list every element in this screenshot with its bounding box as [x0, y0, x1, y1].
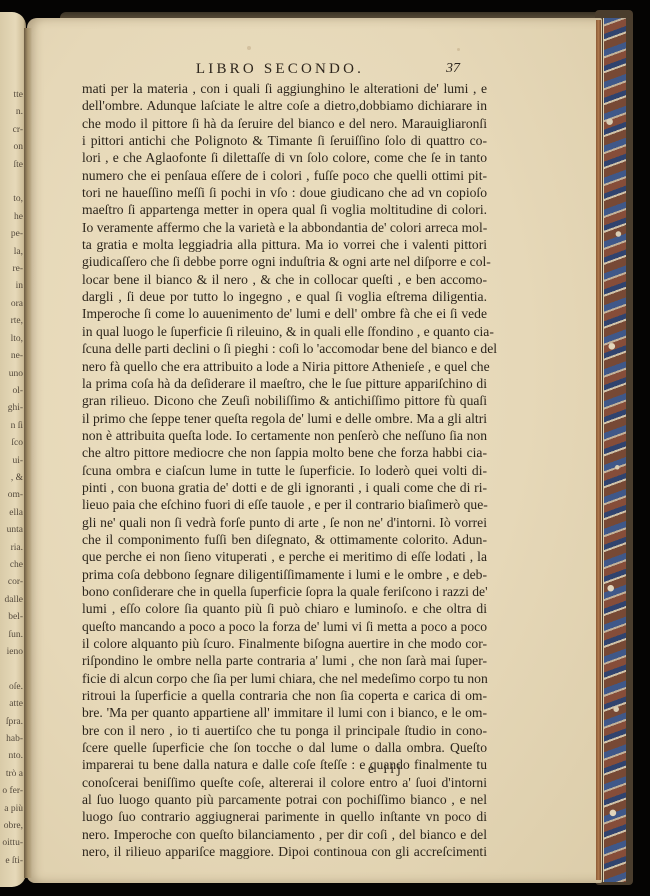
- text-line: mati per la materia , con i quali ſi agg…: [82, 80, 487, 97]
- text-line: bre con il nero , io ti auertiſco che tu…: [82, 722, 487, 739]
- facing-page-fragment: cr-: [0, 122, 23, 139]
- facing-page-left: tten.cr-onſte to,hepe-la,re-inorarte,lto…: [0, 12, 26, 887]
- text-line: i pittori antichi che Polignoto & Timant…: [82, 132, 487, 149]
- text-line: prima coſa debbono ſegnare diligentiſſim…: [82, 566, 487, 583]
- text-line: gran rilieuo. Dicono che Zeuſi nobiliſſi…: [82, 392, 487, 409]
- text-line: dell'ombre. Adunque laſciate le altre co…: [82, 97, 487, 114]
- facing-page-fragment: ui-: [0, 453, 23, 470]
- facing-page-fragment: , &: [0, 470, 23, 487]
- text-line: ſcere quelle ſuperficie che ſon tocche o…: [82, 739, 487, 756]
- facing-page-fragment: atte: [0, 696, 23, 713]
- facing-page-fragment: cor-: [0, 574, 23, 591]
- text-line: maeſtro ſi appartenga metter in opera qu…: [82, 201, 487, 218]
- facing-page-fragment: tte: [0, 87, 23, 104]
- text-line: che altro pittore mediocre che non ſappi…: [82, 444, 487, 461]
- facing-page-fragment: on: [0, 139, 23, 156]
- facing-page-fragment: pe-: [0, 226, 23, 243]
- text-line: lieuo paia che eſchino fuori di eſſe tau…: [82, 496, 487, 513]
- page-edge: [596, 20, 601, 880]
- text-line: gli ne' quali non ſi vedrà forſe punto d…: [82, 514, 487, 531]
- facing-page-fragment: lto,: [0, 331, 23, 348]
- text-line: il primo che ſeppe tener queſta regola d…: [82, 410, 487, 427]
- text-line: ficie di alcun corpo che ſia per lumi ch…: [82, 670, 487, 687]
- facing-page-fragment: om-: [0, 487, 23, 504]
- facing-page-text-fragments: tten.cr-onſte to,hepe-la,re-inorarte,lto…: [0, 87, 26, 870]
- facing-page-fragment: [0, 661, 23, 678]
- text-line: pinti , con buona gratia de' dotti e de …: [82, 479, 487, 496]
- text-line: tori ne haueſſino meſſi ſi pochi in vſo …: [82, 184, 487, 201]
- text-line: giudicaſſero che ſi debbe porre ogni ind…: [82, 253, 487, 270]
- facing-page-fragment: oittu-: [0, 835, 23, 852]
- text-line: nero, il rilieuo appariſce maggiore. Dip…: [82, 843, 487, 860]
- facing-page-fragment: ſte: [0, 157, 23, 174]
- facing-page-fragment: la,: [0, 244, 23, 261]
- facing-page-fragment: [0, 174, 23, 191]
- text-line: riſpondino le ombre nella parte contrari…: [82, 652, 487, 669]
- facing-page-fragment: to,: [0, 191, 23, 208]
- text-line: bono conſiderare che in quella ſuperfici…: [82, 583, 487, 600]
- facing-page-fragment: uno: [0, 366, 23, 383]
- facing-page-fragment: nto.: [0, 748, 23, 765]
- text-line: Imperoche ſi come lo auuenimento de' lum…: [82, 305, 487, 322]
- facing-page-fragment: bel-: [0, 609, 23, 626]
- text-line: conoſcerai beniſſimo queſte coſe, altere…: [82, 774, 487, 791]
- text-line: ſcuna ombra e ciaſcun lume in tutte le ſ…: [82, 462, 487, 479]
- facing-page-fragment: ella: [0, 505, 23, 522]
- facing-page-fragment: re-: [0, 261, 23, 278]
- text-line: queſto mancando a poco a poco la forza d…: [82, 618, 487, 635]
- text-line: ſcuna delle parti declini o ſi pieghi : …: [82, 340, 487, 357]
- book-photograph: tten.cr-onſte to,hepe-la,re-inorarte,lto…: [0, 0, 650, 896]
- text-line: che modo il pittore ſi hà da ſeruire del…: [82, 115, 487, 132]
- facing-page-fragment: dalle: [0, 592, 23, 609]
- facing-page-fragment: ſun.: [0, 627, 23, 644]
- body-text: mati per la materia , con i quali ſi agg…: [82, 80, 487, 860]
- text-line: ritroui la ſuperficie a quella contraria…: [82, 687, 487, 704]
- facing-page-fragment: n.: [0, 104, 23, 121]
- text-line: imparerai tu bene dalla natura e dalle c…: [82, 756, 487, 773]
- facing-page-fragment: a più: [0, 801, 23, 818]
- page-number: 37: [446, 61, 460, 77]
- text-line: al ſuo luogo quanto più parcamente potra…: [82, 791, 487, 808]
- text-line: que perche ei non ſieno vituperati , e p…: [82, 548, 487, 565]
- facing-page-fragment: obre,: [0, 818, 23, 835]
- facing-page-fragment: ol-: [0, 383, 23, 400]
- running-head: LIBRO SECONDO.: [160, 61, 400, 78]
- facing-page-fragment: ne-: [0, 348, 23, 365]
- marbled-edge-pattern: [603, 18, 625, 882]
- facing-page-fragment: ſco: [0, 435, 23, 452]
- facing-page-fragment: rte,: [0, 313, 23, 330]
- page-header: LIBRO SECONDO. 37: [60, 61, 480, 79]
- text-line: non è attribuita queſta lode. Io certame…: [82, 427, 487, 444]
- facing-page-fragment: che: [0, 557, 23, 574]
- text-line: locar bene il bianco & il nero , & che i…: [82, 271, 487, 288]
- text-line: in qual luogo le ſuperficie ſi rileuino,…: [82, 323, 487, 340]
- text-line: il colore alquanto più ſcuro. Finalmente…: [82, 635, 487, 652]
- facing-page-fragment: n ſi: [0, 418, 23, 435]
- text-line: lori , e che Aglaofonte ſi dilettaſſe di…: [82, 149, 487, 166]
- text-line: ta gratia e molta leggiadria alla pittur…: [82, 236, 487, 253]
- text-line: numero che ei penſaua eſſere de i colori…: [82, 167, 487, 184]
- text-line: luogo ſuo contrario aggiugnerai pariment…: [82, 808, 487, 825]
- facing-page-fragment: in: [0, 278, 23, 295]
- text-line: Io veramente affermo che la varietà e la…: [82, 219, 487, 236]
- signature-mark: e iij: [368, 761, 404, 777]
- facing-page-fragment: he: [0, 209, 23, 226]
- text-line: nero fà quello che era attribuito a lode…: [82, 358, 487, 375]
- text-line: che il componimento fuſſi ben diſegnato,…: [82, 531, 487, 548]
- text-line: nero. Imperoche con queſto bilanciamento…: [82, 826, 487, 843]
- facing-page-fragment: ora: [0, 296, 23, 313]
- facing-page-fragment: ghi-: [0, 400, 23, 417]
- facing-page-fragment: hab-: [0, 731, 23, 748]
- text-line: la prima coſa hà da deſiderare il maeſtr…: [82, 375, 487, 392]
- text-line: lumi , eſſo colore ſia quanto più ſi può…: [82, 600, 487, 617]
- facing-page-fragment: ſpra.: [0, 714, 23, 731]
- facing-page-fragment: ieno: [0, 644, 23, 661]
- foxing-spot: [457, 48, 460, 51]
- gutter-shadow: [24, 28, 32, 878]
- text-line: dargli , ſi deue por tutto lo ingegno , …: [82, 288, 487, 305]
- facing-page-fragment: o fer-: [0, 783, 23, 800]
- text-line: bre. 'Ma per quanto appartiene all' immi…: [82, 704, 487, 721]
- facing-page-fragment: e ſti-: [0, 853, 23, 870]
- facing-page-fragment: trò a: [0, 766, 23, 783]
- facing-page-fragment: unta: [0, 522, 23, 539]
- facing-page-fragment: ria.: [0, 540, 23, 557]
- facing-page-fragment: oſe.: [0, 679, 23, 696]
- foxing-spot: [247, 46, 251, 50]
